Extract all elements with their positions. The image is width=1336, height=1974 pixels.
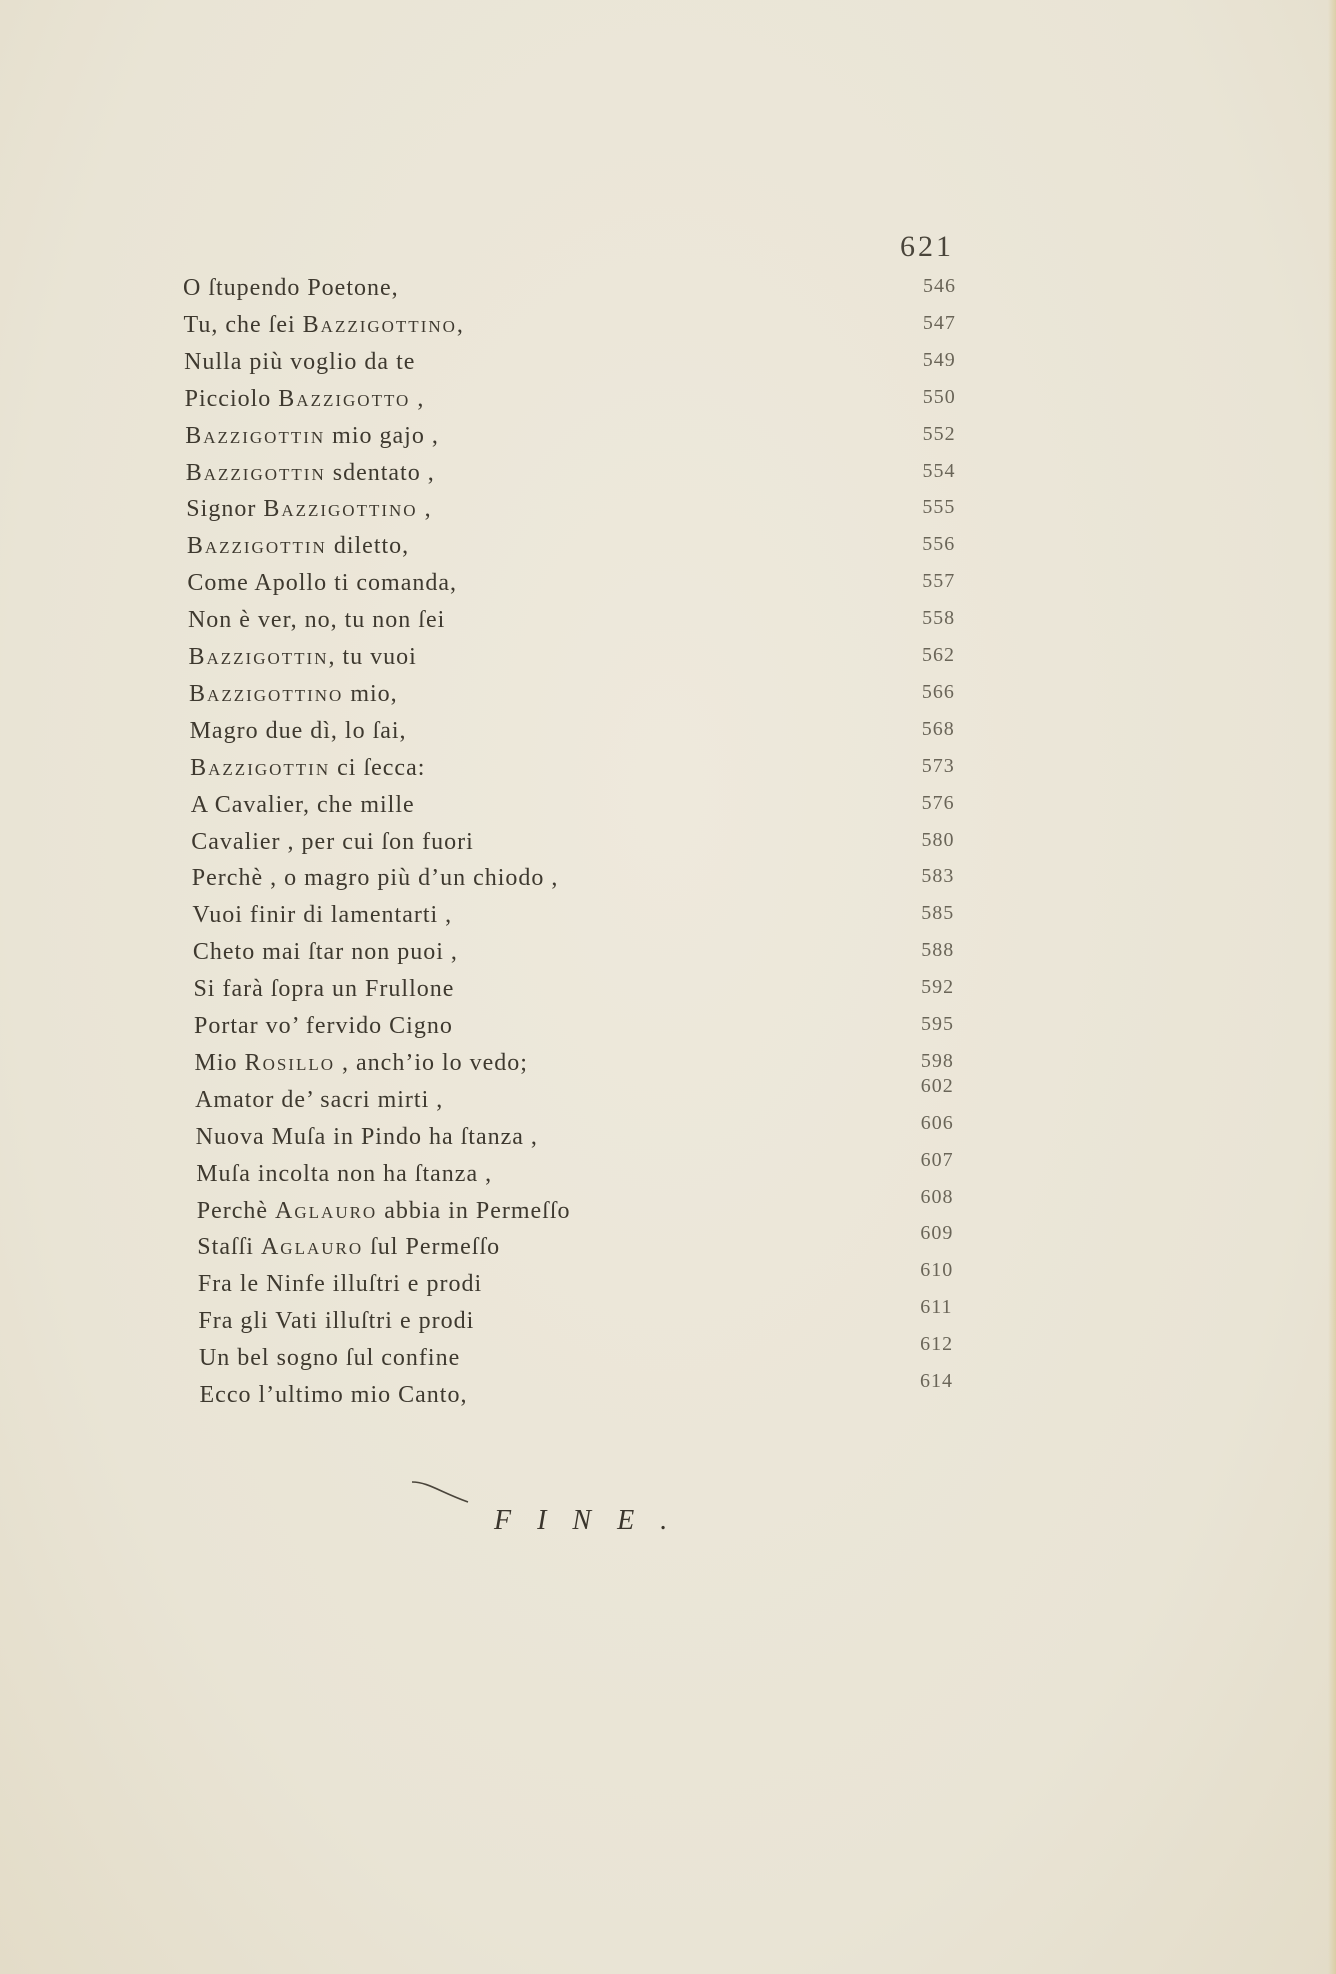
index-entry-page-number: 550	[923, 386, 956, 409]
index-entry-title: Perchè , o magro più d’un chiodo ,	[192, 865, 559, 892]
index-entry: Portar vo’ fervido Cigno595	[0, 1013, 1336, 1047]
index-entry-title: Come Apollo ti comanda,	[187, 570, 457, 597]
index-entry-title-pre: Signor	[186, 496, 263, 522]
index-entry: Come Apollo ti comanda,557	[0, 570, 1336, 604]
index-entry: Cavalier , per cui ſon fuori580	[0, 829, 1336, 863]
index-entry-title-smallcaps: Bazzigottino	[189, 681, 343, 707]
index-entry-title: Picciolo Bazzigotto ,	[185, 386, 425, 413]
index-entry-title-smallcaps: Bazzigottin	[187, 533, 327, 559]
index-entry: Cheto mai ſtar non puoi ,588	[0, 939, 1336, 973]
index-entry-title-pre: Magro due dì, lo ſai,	[190, 718, 407, 744]
index-entry: Non è ver, no, tu non ſei558	[0, 607, 1336, 641]
index-entry-title-post: ſul Permeſſo	[363, 1234, 500, 1260]
index-entry-title: Bazzigottino mio,	[189, 681, 398, 708]
index-entry-page-number: 558	[922, 607, 955, 630]
index-entry-page-number: 609	[920, 1222, 953, 1245]
index-entry-title-pre: Portar vo’ fervido Cigno	[194, 1013, 453, 1039]
index-entry-page-number: 576	[922, 792, 955, 815]
index-entry: Muſa incolta non ha ſtanza ,607	[0, 1161, 1336, 1195]
index-entry: Fra gli Vati illuſtri e prodi611	[0, 1308, 1336, 1342]
index-entry-title-pre: Cheto mai ſtar non puoi ,	[193, 939, 458, 965]
index-entry-title-pre: Staſſi	[197, 1234, 261, 1260]
index-entry-title: Magro due dì, lo ſai,	[190, 718, 407, 745]
index-entry-title-pre: Nuova Muſa in Pindo ha ſtanza ,	[196, 1124, 538, 1150]
index-entry: Picciolo Bazzigotto ,550	[0, 386, 1336, 420]
index-entry-title-smallcaps: Aglauro	[275, 1198, 377, 1224]
index-entry-page-number: 580	[922, 829, 955, 852]
index-entry-title: Ecco l’ultimo mio Canto,	[200, 1382, 468, 1409]
index-entry-title-pre: Un bel sogno ſul confine	[199, 1345, 460, 1371]
index-entry-title-smallcaps: Rosillo	[245, 1050, 335, 1076]
index-entry-page-number: 610	[920, 1259, 953, 1282]
index-entry-title-smallcaps: Bazzigottin	[190, 755, 330, 781]
index-entry-page-number: 598	[921, 1050, 954, 1073]
index-entry-title-pre: Cavalier , per cui ſon fuori	[191, 829, 474, 855]
index-entry-title-smallcaps: Bazzigotto	[278, 386, 410, 412]
index-entry-page-number: 585	[921, 902, 954, 925]
index-entry-title-smallcaps: Bazzigottin	[186, 460, 326, 486]
index-entry-page-number: 554	[923, 460, 956, 483]
index-entry-title-post: ,	[410, 386, 424, 412]
index-entry-title: Bazzigottin sdentato ,	[186, 460, 435, 487]
index-entry: Bazzigottin ci ſecca:573	[0, 755, 1336, 789]
index-entry-page-number: 614	[920, 1370, 953, 1393]
index-entry-page-number: 573	[922, 755, 955, 778]
index-entry-page-number: 583	[921, 865, 954, 888]
index-entry-title: Staſſi Aglauro ſul Permeſſo	[197, 1234, 500, 1261]
index-entry-page-number: 606	[921, 1112, 954, 1135]
index-entry-title: O ſtupendo Poetone,	[183, 275, 399, 302]
index-entry-title: Bazzigottin mio gajo ,	[185, 423, 439, 450]
index-entry-title-pre: Come Apollo ti comanda,	[187, 570, 457, 596]
index-entry: Bazzigottin sdentato ,554	[0, 460, 1336, 494]
index-entry-title: Si farà ſopra un Frullone	[193, 976, 454, 1003]
index-entry: Nuova Muſa in Pindo ha ſtanza ,606	[0, 1124, 1336, 1158]
index-entry-title-post: ,	[418, 496, 432, 522]
index-entry-title: Fra le Ninfe illuſtri e prodi	[198, 1271, 482, 1298]
index-entry: Bazzigottin mio gajo ,552	[0, 423, 1336, 457]
index-entry-title: A Cavalier, che mille	[191, 792, 415, 819]
index-entry-title: Cheto mai ſtar non puoi ,	[193, 939, 458, 966]
index-entry: Tu, che ſei Bazzigottino,547	[0, 312, 1336, 346]
index-entry-page-number: 602	[921, 1075, 954, 1098]
index-entry-title: Bazzigottin ci ſecca:	[190, 755, 425, 782]
index-entry-title-pre: Mio	[195, 1050, 245, 1076]
index-entry-title: Mio Rosillo , anch’io lo vedo;	[195, 1050, 528, 1077]
index-entry: Magro due dì, lo ſai,568	[0, 718, 1336, 752]
index-entry-title: Tu, che ſei Bazzigottino,	[184, 312, 464, 339]
index-entry-title-post: abbia in Permeſſo	[377, 1198, 570, 1224]
index-entry-title: Non è ver, no, tu non ſei	[188, 607, 445, 634]
index-entry-page-number: 611	[920, 1296, 952, 1319]
index-entry-title-post: mio gajo ,	[325, 423, 439, 449]
index-entry: Si farà ſopra un Frullone592	[0, 976, 1336, 1010]
index-entry-title-pre: Perchè	[197, 1198, 275, 1224]
index-entry-page-number: 562	[922, 644, 955, 667]
index-entry-title: Un bel sogno ſul confine	[199, 1345, 460, 1372]
index-entry-title: Muſa incolta non ha ſtanza ,	[196, 1161, 492, 1188]
index-entry-title-pre: Fra le Ninfe illuſtri e prodi	[198, 1271, 482, 1297]
pen-stroke-mark	[410, 1478, 474, 1508]
index-entry-title-pre: Si farà ſopra un Frullone	[193, 976, 454, 1002]
index-entry-title-pre: Nulla più voglio da te	[184, 349, 415, 375]
index-entry-page-number: 568	[922, 718, 955, 741]
index-entry-title: Amator de’ sacri mirti ,	[195, 1087, 443, 1114]
index-entry-title-pre: Perchè , o magro più d’un chiodo ,	[192, 865, 559, 891]
index-entry-page-number: 552	[923, 423, 956, 446]
index-entry: Signor Bazzigottino ,555	[0, 496, 1336, 530]
index-entry-page-number: 557	[922, 570, 955, 593]
index-entry-title-smallcaps: Bazzigottin	[189, 644, 329, 670]
index-entry: Fra le Ninfe illuſtri e prodi610	[0, 1271, 1336, 1305]
index-entry-title-post: mio,	[343, 681, 397, 707]
index-entry: Amator de’ sacri mirti ,602	[0, 1087, 1336, 1121]
index-entry-title-pre: Fra gli Vati illuſtri e prodi	[198, 1308, 474, 1334]
index-entry: Un bel sogno ſul confine612	[0, 1345, 1336, 1379]
index-entry: Bazzigottin, tu vuoi562	[0, 644, 1336, 678]
index-entry-title-smallcaps: Bazzigottino	[263, 496, 417, 522]
index-entry-page-number: 588	[921, 939, 954, 962]
index-entry: Perchè Aglauro abbia in Permeſſo608	[0, 1198, 1336, 1232]
index-entry: Bazzigottin diletto,556	[0, 533, 1336, 567]
index-entry-title: Nuova Muſa in Pindo ha ſtanza ,	[196, 1124, 538, 1151]
index-entry: O ſtupendo Poetone,546	[0, 275, 1336, 309]
index-entry-title: Cavalier , per cui ſon fuori	[191, 829, 474, 856]
index-entry-page-number: 566	[922, 681, 955, 704]
index-entry-title: Signor Bazzigottino ,	[186, 496, 431, 523]
index-entry-title: Portar vo’ fervido Cigno	[194, 1013, 453, 1040]
index-entry-title: Bazzigottin diletto,	[187, 533, 409, 560]
index-entry-page-number: 608	[921, 1186, 954, 1209]
index-entry: A Cavalier, che mille576	[0, 792, 1336, 826]
index-entry: Ecco l’ultimo mio Canto,614	[0, 1382, 1336, 1416]
index-entry-title: Bazzigottin, tu vuoi	[189, 644, 417, 671]
index-entry-title-post: ci ſecca:	[330, 755, 425, 781]
index-entry-page-number: 595	[921, 1013, 954, 1036]
index-entry-title-pre: Muſa incolta non ha ſtanza ,	[196, 1161, 492, 1187]
index-entry-page-number: 592	[921, 976, 954, 999]
index-entry-title-post: sdentato ,	[326, 460, 435, 486]
index-entry: Vuoi finir di lamentarti ,585	[0, 902, 1336, 936]
index-entry: Nulla più voglio da te549	[0, 349, 1336, 383]
index-entry-page-number: 556	[922, 533, 955, 556]
index-entry-title-pre: Ecco l’ultimo mio Canto,	[200, 1382, 468, 1408]
index-entry-title-pre: A Cavalier, che mille	[191, 792, 415, 818]
index-entry-page-number: 555	[922, 496, 955, 519]
index-entry-page-number: 546	[923, 275, 956, 298]
index-entry-title-post: diletto,	[327, 533, 409, 559]
index-entry-title-pre: Vuoi finir di lamentarti ,	[192, 902, 452, 928]
index-entry-title-pre: Picciolo	[185, 386, 279, 412]
fine-label: FINE.	[494, 1505, 693, 1537]
index-entry-page-number: 549	[923, 349, 956, 372]
index-entry-title-pre: Amator de’ sacri mirti ,	[195, 1087, 443, 1113]
index-entry-title: Fra gli Vati illuſtri e prodi	[198, 1308, 474, 1335]
index-entry-page-number: 547	[923, 312, 956, 335]
index-entry-title-pre: Non è ver, no, tu non ſei	[188, 607, 445, 633]
index-entry-title: Vuoi finir di lamentarti ,	[192, 902, 452, 929]
index-entry-title-post: , anch’io lo vedo;	[335, 1050, 528, 1076]
index-entry: Bazzigottino mio,566	[0, 681, 1336, 715]
index-entry-title: Perchè Aglauro abbia in Permeſſo	[197, 1198, 571, 1225]
index-entry: Perchè , o magro più d’un chiodo ,583	[0, 865, 1336, 899]
index-entry-page-number: 612	[920, 1333, 953, 1356]
index-entry-title: Nulla più voglio da te	[184, 349, 415, 376]
index-entry-title-post: ,	[457, 312, 464, 338]
index-entry-page-number: 607	[921, 1149, 954, 1172]
index-entry-title-pre: O ſtupendo Poetone,	[183, 275, 399, 301]
index-entry: Staſſi Aglauro ſul Permeſſo609	[0, 1234, 1336, 1268]
index-entry-title-smallcaps: Bazzigottin	[185, 423, 325, 449]
index-entry-title-post: , tu vuoi	[328, 644, 416, 670]
index-entry-title-smallcaps: Bazzigottino	[303, 312, 457, 338]
index-entry-title-pre: Tu, che ſei	[184, 312, 303, 338]
index-entry-title-smallcaps: Aglauro	[261, 1234, 363, 1260]
page-number: 621	[900, 230, 954, 264]
page-edge	[1328, 0, 1336, 1974]
index-entry: Mio Rosillo , anch’io lo vedo;598	[0, 1050, 1336, 1084]
